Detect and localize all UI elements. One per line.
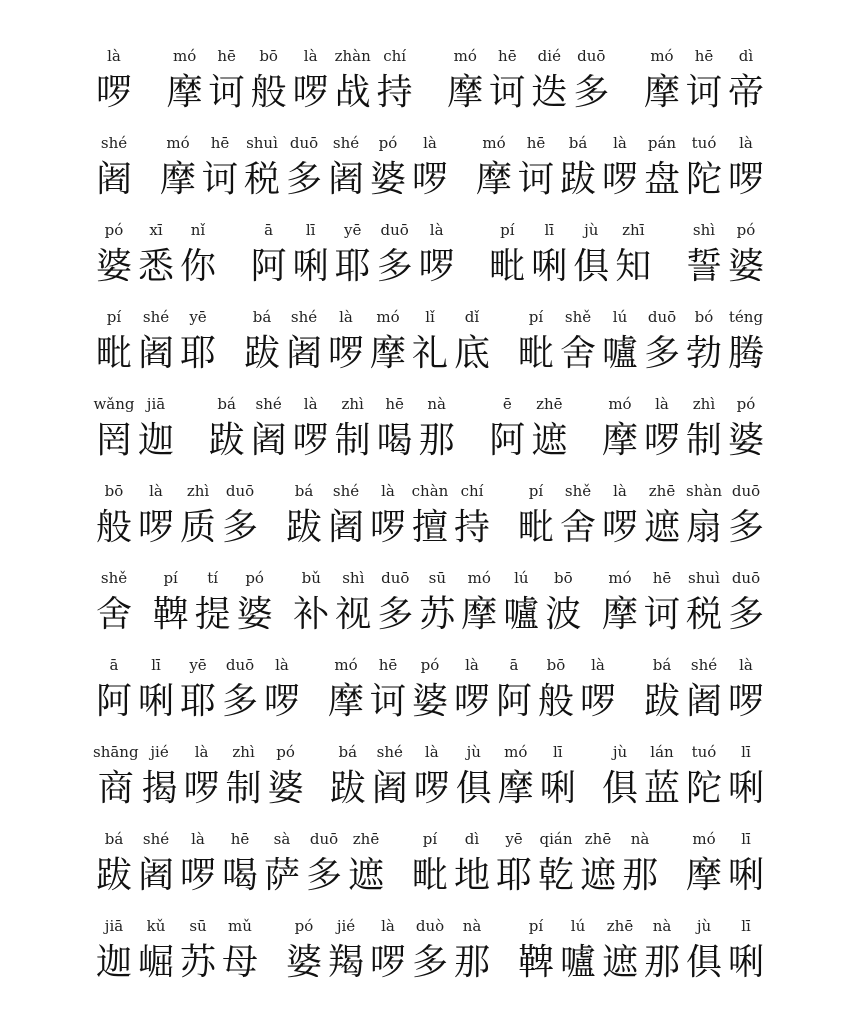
syllable-cell: pí毗	[93, 307, 135, 376]
pinyin-label: shé	[291, 307, 317, 327]
hanzi-char: 摩	[644, 69, 680, 115]
hanzi-char: 婆	[728, 243, 764, 289]
hanzi-char: 鞞	[153, 591, 189, 637]
pinyin-label: mǔ	[228, 916, 252, 936]
pinyin-label: lú	[613, 307, 627, 327]
hanzi-char: 摩	[167, 69, 203, 115]
pinyin-label: mó	[468, 568, 491, 588]
hanzi-char: 啰	[370, 504, 406, 550]
hanzi-char: 制	[335, 417, 371, 463]
pinyin-label: shuì	[246, 133, 278, 153]
hanzi-char: 毗	[489, 243, 525, 289]
hanzi-char: 诃	[209, 69, 245, 115]
hanzi-char: 阇	[96, 156, 132, 202]
hanzi-char: 跋	[560, 156, 596, 202]
pinyin-label: zhē	[607, 916, 633, 936]
pinyin-label: zhē	[649, 481, 675, 501]
phrase-group: mó摩là啰zhì制pó婆	[599, 394, 767, 463]
hanzi-char: 啰	[454, 678, 490, 724]
hanzi-char: 婆	[728, 417, 764, 463]
syllable-cell: kǔ崛	[135, 916, 177, 985]
syllable-cell: jù俱	[599, 742, 641, 811]
pinyin-label: là	[339, 307, 353, 327]
hanzi-char: 罔	[96, 417, 132, 463]
syllable-cell: lán蓝	[641, 742, 683, 811]
syllable-cell: là啰	[416, 220, 458, 289]
hanzi-char: 那	[454, 939, 490, 985]
hanzi-char: 诃	[370, 678, 406, 724]
syllable-cell: shāng商	[93, 742, 139, 811]
hanzi-char: 扇	[686, 504, 722, 550]
syllable-cell: hē诃	[683, 46, 725, 115]
phrase-group: pí鞞tí提pó婆	[150, 568, 276, 637]
hanzi-char: 蓝	[644, 765, 680, 811]
hanzi-char: 那	[622, 852, 658, 898]
syllable-cell: pó婆	[725, 220, 767, 289]
pinyin-label: shì	[693, 220, 715, 240]
hanzi-char: 遮	[348, 852, 384, 898]
syllable-cell: hē诃	[486, 46, 528, 115]
syllable-cell: zhī知	[612, 220, 654, 289]
syllable-cell: shé阇	[283, 307, 325, 376]
pinyin-label: sà	[274, 829, 291, 849]
pinyin-label: là	[304, 394, 318, 414]
pinyin-label: shì	[342, 568, 364, 588]
pinyin-label: bō	[554, 568, 573, 588]
pinyin-label: mó	[173, 46, 196, 66]
pinyin-label: yē	[344, 220, 361, 240]
pinyin-label: pó	[421, 655, 440, 675]
pinyin-label: hē	[498, 46, 517, 66]
pinyin-label: sū	[189, 916, 206, 936]
phrase-group: pí鞞lú嚧zhē遮nà那jù俱lī唎	[515, 916, 767, 985]
phrase-group: mó摩hē诃bá跋là啰pán盘tuó陀là啰	[473, 133, 767, 202]
hanzi-char: 知	[615, 243, 651, 289]
syllable-cell: shé阇	[135, 829, 177, 898]
pinyin-label: dié	[538, 46, 561, 66]
pinyin-label: mó	[454, 46, 477, 66]
pinyin-label: hē	[217, 46, 236, 66]
pinyin-label: là	[613, 133, 627, 153]
phrase-group: bō般là啰zhì质duō多	[93, 481, 261, 550]
pinyin-label: là	[381, 916, 395, 936]
syllable-cell: ā阿	[248, 220, 290, 289]
pinyin-label: mó	[166, 133, 189, 153]
syllable-cell: sà萨	[261, 829, 303, 898]
syllable-cell: là啰	[367, 481, 409, 550]
pinyin-label: nǐ	[191, 220, 205, 240]
syllable-cell: là啰	[290, 46, 332, 115]
hanzi-char: 般	[538, 678, 574, 724]
syllable-cell: pán盘	[641, 133, 683, 202]
hanzi-char: 多	[728, 591, 764, 637]
pinyin-label: zhàn	[335, 46, 371, 66]
syllable-cell: yē耶	[177, 307, 219, 376]
hanzi-char: 萨	[264, 852, 300, 898]
hanzi-char: 盘	[644, 156, 680, 202]
hanzi-char: 多	[306, 852, 342, 898]
syllable-cell: pí鞞	[515, 916, 557, 985]
hanzi-char: 摩	[602, 417, 638, 463]
mantra-rows: là啰mó摩hē诃bō般là啰zhàn战chí持mó摩hē诃dié迭duō多mó…	[93, 38, 767, 995]
hanzi-char: 遮	[531, 417, 567, 463]
pinyin-label: yē	[505, 829, 522, 849]
pinyin-label: hē	[211, 133, 230, 153]
syllable-cell: mó摩	[599, 394, 641, 463]
syllable-cell: bá跋	[283, 481, 325, 550]
hanzi-char: 摩	[370, 330, 406, 376]
pinyin-label: mó	[608, 394, 631, 414]
hanzi-char: 勃	[686, 330, 722, 376]
syllable-cell: chí持	[374, 46, 416, 115]
hanzi-char: 持	[454, 504, 490, 550]
hanzi-char: 婆	[370, 156, 406, 202]
syllable-cell: là啰	[725, 133, 767, 202]
hanzi-char: 毗	[96, 330, 132, 376]
pinyin-label: nà	[653, 916, 672, 936]
syllable-cell: mó摩	[473, 133, 515, 202]
hanzi-char: 摩	[476, 156, 512, 202]
phrase-group: bá跋shé阇là啰chàn擅chí持	[283, 481, 493, 550]
syllable-cell: lī唎	[725, 829, 767, 898]
syllable-cell: bō般	[248, 46, 290, 115]
syllable-cell: téng腾	[725, 307, 767, 376]
hanzi-char: 视	[335, 591, 371, 637]
syllable-cell: chàn擅	[409, 481, 451, 550]
hanzi-char: 阿	[489, 417, 525, 463]
mantra-row: pí毗shé阇yē耶bá跋shé阇là啰mó摩lǐ礼dǐ底pí毗shě舍lú嚧d…	[93, 299, 767, 376]
pinyin-label: lán	[650, 742, 673, 762]
syllable-cell: pó婆	[725, 394, 767, 463]
pinyin-label: jù	[584, 220, 598, 240]
pinyin-label: duō	[226, 481, 254, 501]
pinyin-label: bá	[105, 829, 124, 849]
hanzi-char: 阿	[251, 243, 287, 289]
hanzi-char: 阇	[138, 330, 174, 376]
syllable-cell: mó摩	[458, 568, 500, 637]
syllable-cell: lǐ礼	[409, 307, 451, 376]
pinyin-label: zhē	[353, 829, 379, 849]
syllable-cell: mó摩	[157, 133, 199, 202]
pinyin-label: ē	[503, 394, 512, 414]
pinyin-label: pó	[737, 220, 756, 240]
syllable-cell: shé阇	[325, 481, 367, 550]
pinyin-label: hē	[385, 394, 404, 414]
pinyin-label: tuó	[692, 742, 717, 762]
hanzi-char: 鞞	[518, 939, 554, 985]
syllable-cell: ē阿	[486, 394, 528, 463]
phrase-group: bá跋shé阇là啰jù俱mó摩lī唎	[327, 742, 579, 811]
hanzi-char: 跋	[96, 852, 132, 898]
pinyin-label: duō	[577, 46, 605, 66]
hanzi-char: 啰	[419, 243, 455, 289]
hanzi-char: 苏	[180, 939, 216, 985]
hanzi-char: 耶	[180, 678, 216, 724]
hanzi-char: 舍	[96, 591, 132, 637]
syllable-cell: nà那	[641, 916, 683, 985]
phrase-group: pó婆xī悉nǐ你	[93, 220, 219, 289]
syllable-cell: shé阇	[683, 655, 725, 724]
pinyin-label: nà	[463, 916, 482, 936]
pinyin-label: jù	[467, 742, 481, 762]
pinyin-label: bá	[295, 481, 314, 501]
pinyin-label: chí	[461, 481, 484, 501]
hanzi-char: 阿	[96, 678, 132, 724]
hanzi-char: 悉	[138, 243, 174, 289]
pinyin-label: lī	[151, 655, 161, 675]
mantra-row: jiā迦kǔ崛sū苏mǔ母pó婆jié羯là啰duò多nà那pí鞞lú嚧zhē遮…	[93, 908, 767, 985]
mantra-row: pó婆xī悉nǐ你ā阿lī唎yē耶duō多là啰pí毗lī唎jù俱zhī知shì…	[93, 212, 767, 289]
hanzi-char: 持	[377, 69, 413, 115]
pinyin-label: lī	[553, 742, 563, 762]
syllable-cell: duō多	[303, 829, 345, 898]
pinyin-label: tí	[207, 568, 218, 588]
pinyin-label: jié	[150, 742, 168, 762]
hanzi-char: 多	[412, 939, 448, 985]
hanzi-char: 啰	[414, 765, 450, 811]
pinyin-label: xī	[149, 220, 162, 240]
phrase-group: jiā迦kǔ崛sū苏mǔ母	[93, 916, 261, 985]
hanzi-char: 补	[293, 591, 329, 637]
syllable-cell: là啰	[641, 394, 683, 463]
syllable-cell: yē耶	[493, 829, 535, 898]
hanzi-char: 制	[226, 765, 262, 811]
syllable-cell: lú嚧	[500, 568, 542, 637]
hanzi-char: 多	[377, 591, 413, 637]
hanzi-char: 啰	[184, 765, 220, 811]
pinyin-label: zhì	[341, 394, 363, 414]
syllable-cell: là啰	[261, 655, 303, 724]
syllable-cell: zhē遮	[577, 829, 619, 898]
pinyin-label: lī	[741, 829, 751, 849]
syllable-cell: lú嚧	[599, 307, 641, 376]
syllable-cell: zhàn战	[332, 46, 374, 115]
hanzi-char: 啰	[293, 417, 329, 463]
syllable-cell: là啰	[411, 742, 453, 811]
syllable-cell: pó婆	[367, 133, 409, 202]
hanzi-char: 遮	[602, 939, 638, 985]
syllable-cell: shé阇	[248, 394, 290, 463]
pinyin-label: qián	[539, 829, 572, 849]
hanzi-char: 啰	[644, 417, 680, 463]
pinyin-label: nà	[427, 394, 446, 414]
pinyin-label: dǐ	[465, 307, 479, 327]
pinyin-label: lī	[741, 742, 751, 762]
hanzi-char: 擅	[412, 504, 448, 550]
hanzi-char: 啰	[264, 678, 300, 724]
pinyin-label: là	[591, 655, 605, 675]
syllable-cell: shuì税	[241, 133, 283, 202]
pinyin-label: hē	[695, 46, 714, 66]
pinyin-label: bō	[259, 46, 278, 66]
mantra-row: là啰mó摩hē诃bō般là啰zhàn战chí持mó摩hē诃dié迭duō多mó…	[93, 38, 767, 115]
syllable-cell: mó摩	[444, 46, 486, 115]
hanzi-char: 舍	[560, 504, 596, 550]
pinyin-label: mó	[482, 133, 505, 153]
mantra-row: shāng商jié揭là啰zhì制pó婆bá跋shé阇là啰jù俱mó摩lī唎j…	[93, 734, 767, 811]
hanzi-char: 多	[222, 678, 258, 724]
pinyin-label: shàn	[686, 481, 722, 501]
hanzi-char: 唎	[293, 243, 329, 289]
syllable-cell: shé阇	[93, 133, 135, 202]
pinyin-label: shé	[143, 307, 169, 327]
pinyin-label: hē	[527, 133, 546, 153]
hanzi-char: 你	[180, 243, 216, 289]
pinyin-label: shě	[101, 568, 127, 588]
syllable-cell: zhē遮	[345, 829, 387, 898]
syllable-cell: là啰	[177, 829, 219, 898]
syllable-cell: yē耶	[332, 220, 374, 289]
pinyin-label: shuì	[688, 568, 720, 588]
hanzi-char: 跋	[244, 330, 280, 376]
pinyin-label: là	[304, 46, 318, 66]
pinyin-label: zhì	[232, 742, 254, 762]
syllable-cell: shé阇	[369, 742, 411, 811]
syllable-cell: jiā迦	[135, 394, 177, 463]
syllable-cell: jù俱	[570, 220, 612, 289]
syllable-cell: hē诃	[199, 133, 241, 202]
hanzi-char: 阇	[372, 765, 408, 811]
phrase-group: mó摩hē诃shuì税duō多shé阇pó婆là啰	[157, 133, 451, 202]
syllable-cell: duō多	[641, 307, 683, 376]
pinyin-label: shāng	[93, 742, 139, 762]
syllable-cell: bá跋	[241, 307, 283, 376]
pinyin-label: lī	[306, 220, 316, 240]
phrase-group: mó摩hē诃bō般là啰zhàn战chí持	[164, 46, 416, 115]
hanzi-char: 母	[222, 939, 258, 985]
hanzi-char: 摩	[602, 591, 638, 637]
syllable-cell: bá跋	[93, 829, 135, 898]
hanzi-char: 腾	[728, 330, 764, 376]
syllable-cell: xī悉	[135, 220, 177, 289]
hanzi-char: 苏	[419, 591, 455, 637]
hanzi-char: 多	[644, 330, 680, 376]
pinyin-label: shé	[101, 133, 127, 153]
hanzi-char: 阇	[251, 417, 287, 463]
hanzi-char: 婆	[412, 678, 448, 724]
hanzi-char: 阇	[686, 678, 722, 724]
hanzi-char: 摩	[328, 678, 364, 724]
pinyin-label: là	[613, 481, 627, 501]
pinyin-label: pí	[107, 307, 121, 327]
pinyin-label: shé	[143, 829, 169, 849]
syllable-cell: duō多	[283, 133, 325, 202]
syllable-cell: dǐ底	[451, 307, 493, 376]
syllable-cell: duō多	[374, 220, 416, 289]
syllable-cell: pí毗	[409, 829, 451, 898]
syllable-cell: là啰	[325, 307, 367, 376]
syllable-cell: duō多	[725, 481, 767, 550]
hanzi-char: 般	[96, 504, 132, 550]
pinyin-label: là	[423, 133, 437, 153]
syllable-cell: zhì质	[177, 481, 219, 550]
syllable-cell: dì帝	[725, 46, 767, 115]
hanzi-char: 耶	[496, 852, 532, 898]
syllable-cell: wǎng罔	[93, 394, 135, 463]
hanzi-char: 啰	[580, 678, 616, 724]
phrase-group: là啰	[93, 46, 135, 115]
pinyin-label: pí	[529, 307, 543, 327]
syllable-cell: hē诃	[367, 655, 409, 724]
phrase-group: shì誓pó婆	[683, 220, 767, 289]
syllable-cell: mó摩	[495, 742, 537, 811]
hanzi-char: 迭	[531, 69, 567, 115]
pinyin-label: jù	[613, 742, 627, 762]
mantra-row: shě舍pí鞞tí提pó婆bǔ补shì视duō多sū苏mó摩lú嚧bō波mó摩h…	[93, 560, 767, 637]
hanzi-char: 迦	[138, 417, 174, 463]
pinyin-label: hē	[653, 568, 672, 588]
syllable-cell: mó摩	[641, 46, 683, 115]
syllable-cell: shě舍	[557, 481, 599, 550]
syllable-cell: hē诃	[515, 133, 557, 202]
syllable-cell: bō波	[542, 568, 584, 637]
phrase-group: jù俱lán蓝tuó陀lī唎	[599, 742, 767, 811]
pinyin-label: là	[149, 481, 163, 501]
pinyin-label: pó	[295, 916, 314, 936]
phrase-group: pó婆jié羯là啰duò多nà那	[283, 916, 493, 985]
hanzi-char: 礼	[412, 330, 448, 376]
phrase-group: ā阿lī唎yē耶duō多là啰	[248, 220, 458, 289]
syllable-cell: bó勃	[683, 307, 725, 376]
pinyin-label: là	[195, 742, 209, 762]
syllable-cell: pí鞞	[150, 568, 192, 637]
syllable-cell: là啰	[409, 133, 451, 202]
hanzi-char: 阇	[286, 330, 322, 376]
hanzi-char: 唎	[540, 765, 576, 811]
hanzi-char: 唎	[531, 243, 567, 289]
pinyin-label: duō	[381, 568, 409, 588]
syllable-cell: yē耶	[177, 655, 219, 724]
phrase-group: pí毗shě舍là啰zhē遮shàn扇duō多	[515, 481, 767, 550]
syllable-cell: lī唎	[725, 742, 767, 811]
syllable-cell: là啰	[181, 742, 223, 811]
syllable-cell: pó婆	[409, 655, 451, 724]
phrase-group: shāng商jié揭là啰zhì制pó婆	[93, 742, 307, 811]
syllable-cell: mǔ母	[219, 916, 261, 985]
hanzi-char: 啰	[328, 330, 364, 376]
phrase-group: ē阿zhē遮	[486, 394, 570, 463]
hanzi-char: 俱	[686, 939, 722, 985]
pinyin-label: zhì	[187, 481, 209, 501]
syllable-cell: lī唎	[135, 655, 177, 724]
pinyin-label: lī	[741, 916, 751, 936]
pinyin-label: duō	[226, 655, 254, 675]
hanzi-char: 底	[454, 330, 490, 376]
hanzi-char: 啰	[728, 678, 764, 724]
syllable-cell: nà那	[619, 829, 661, 898]
hanzi-char: 耶	[180, 330, 216, 376]
pinyin-label: tuó	[692, 133, 717, 153]
pinyin-label: pó	[737, 394, 756, 414]
hanzi-char: 阿	[496, 678, 532, 724]
pinyin-label: pí	[529, 481, 543, 501]
hanzi-char: 战	[335, 69, 371, 115]
pinyin-label: là	[191, 829, 205, 849]
hanzi-char: 啰	[412, 156, 448, 202]
pinyin-label: pí	[529, 916, 543, 936]
syllable-cell: pó婆	[283, 916, 325, 985]
pinyin-label: dì	[465, 829, 479, 849]
hanzi-char: 嚧	[560, 939, 596, 985]
hanzi-char: 跋	[644, 678, 680, 724]
syllable-cell: sū苏	[177, 916, 219, 985]
pinyin-label: zhì	[693, 394, 715, 414]
pinyin-label: lú	[571, 916, 585, 936]
phrase-group: shé阇	[93, 133, 135, 202]
pinyin-label: là	[425, 742, 439, 762]
hanzi-char: 喝	[377, 417, 413, 463]
pinyin-label: lǐ	[425, 307, 435, 327]
